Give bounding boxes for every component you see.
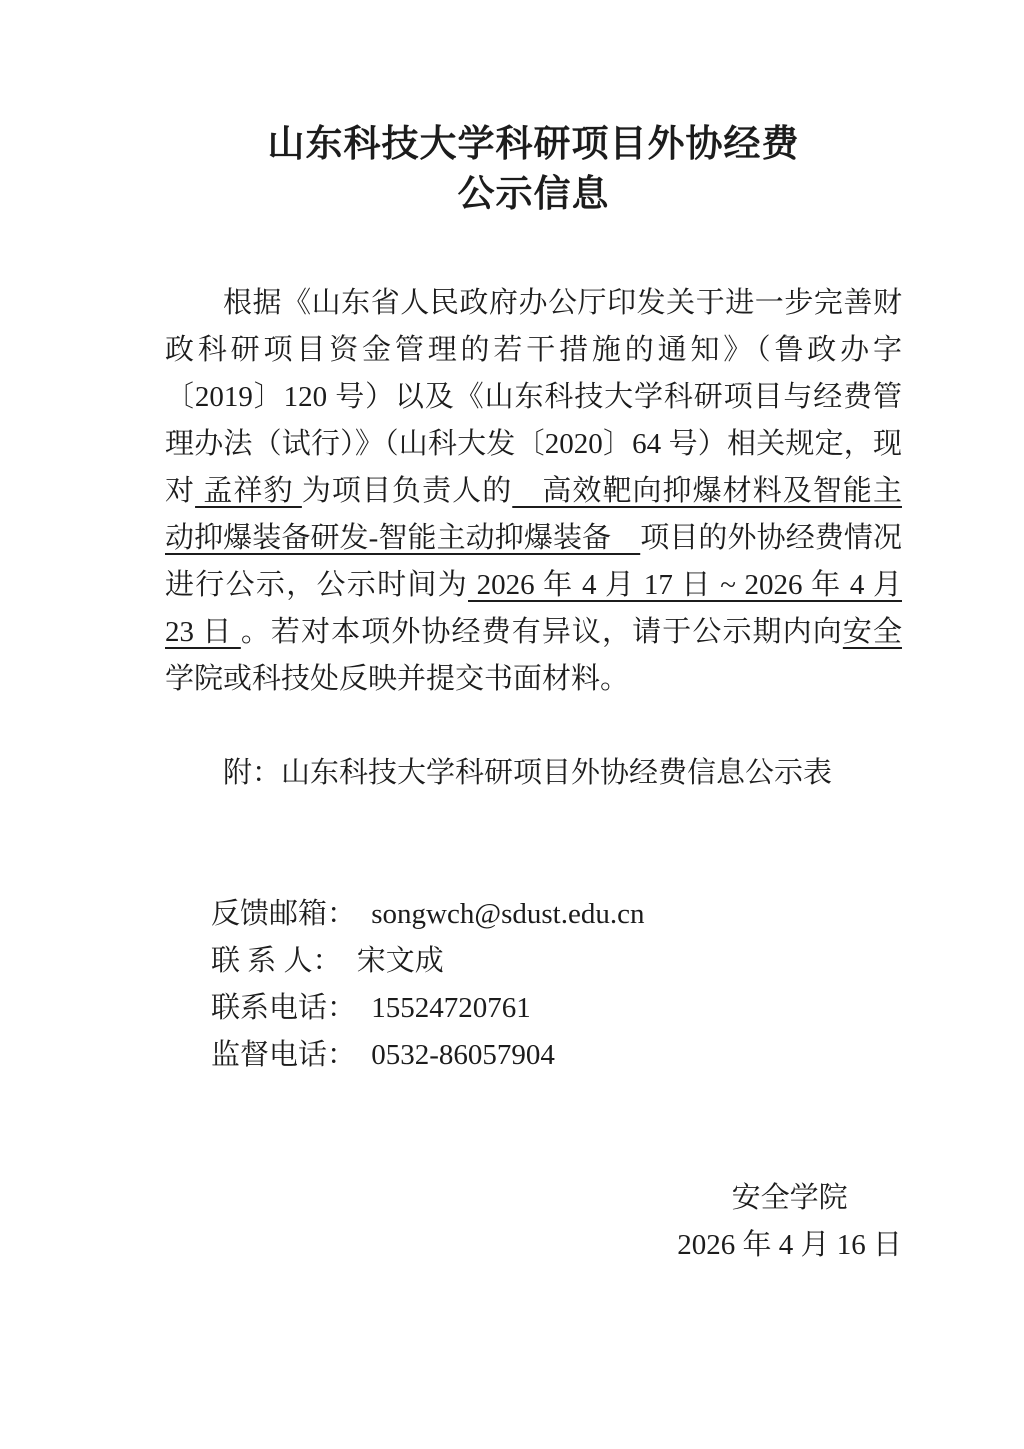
contact-row-phone: 联系电话： 15524720761 [211, 985, 902, 1032]
document-title-line2: 公示信息 [458, 174, 610, 215]
contact-person-value: 宋文成 [357, 938, 444, 985]
signature-org: 安全学院 [677, 1175, 902, 1222]
contact-block: 反馈邮箱： songwch@sdust.edu.cn 联 系 人： 宋文成 联系… [165, 891, 902, 1079]
contact-phone-label: 联系电话： [211, 985, 356, 1032]
underlined-text-run: 孟祥豹 [195, 475, 302, 507]
contact-row-email: 反馈邮箱： songwch@sdust.edu.cn [211, 891, 902, 938]
text-run: 学院或科技处反映并提交书面材料。 [165, 663, 629, 695]
document-content: 山东科技大学科研项目外协经费 公示信息 根据《山东省人民政府办公厅印发关于进一步… [165, 0, 902, 1269]
signature-inner: 安全学院 2026 年 4 月 16 日 [677, 1175, 902, 1269]
contact-email-label: 反馈邮箱： [211, 891, 356, 938]
contact-supervision-label: 监督电话： [211, 1032, 356, 1079]
underlined-text-run: 安全 [843, 616, 902, 648]
document-title-line1: 山东科技大学科研项目外协经费 [268, 124, 800, 165]
contact-row-supervision-phone: 监督电话： 0532-86057904 [211, 1032, 902, 1079]
document-page: 山东科技大学科研项目外协经费 公示信息 根据《山东省人民政府办公厅印发关于进一步… [0, 0, 1024, 1449]
contact-email-value: songwch@sdust.edu.cn [371, 891, 644, 938]
attachment-line: 附：山东科技大学科研项目外协经费信息公示表 [165, 750, 902, 797]
text-run: 。若对本项外协经费有异议，请于公示期内向 [241, 616, 843, 648]
text-run: 为项目负责人的 [302, 475, 512, 507]
signature-block: 安全学院 2026 年 4 月 16 日 [165, 1175, 902, 1269]
contact-phone-value: 15524720761 [371, 985, 531, 1032]
text-run: 根据《山东省人民政府办公厅印发关于进一步完善财政科研项目资金管理的若干措施的通知… [165, 287, 902, 507]
contact-row-person: 联 系 人： 宋文成 [211, 938, 902, 985]
document-title: 山东科技大学科研项目外协经费 公示信息 [165, 120, 902, 220]
body-paragraph: 根据《山东省人民政府办公厅印发关于进一步完善财政科研项目资金管理的若干措施的通知… [165, 280, 902, 703]
contact-supervision-value: 0532-86057904 [371, 1032, 555, 1079]
contact-person-label: 联 系 人： [211, 938, 342, 985]
signature-date: 2026 年 4 月 16 日 [677, 1222, 902, 1269]
